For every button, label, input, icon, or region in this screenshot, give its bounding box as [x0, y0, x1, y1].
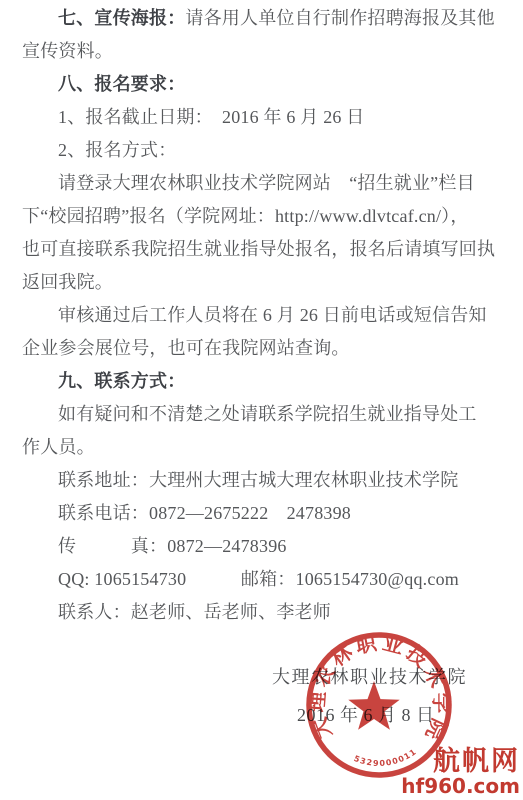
body-text: 如有疑问和不清楚之处请联系学院招生就业指导处工 — [58, 404, 477, 424]
document-line: 八、报名要求： — [22, 68, 523, 101]
document-line: 宣传资料。 — [22, 35, 523, 68]
document-line: 七、宣传海报：请各用人单位自行制作招聘海报及其他 — [22, 2, 523, 35]
body-text: 请各用人单位自行制作招聘海报及其他 — [185, 8, 494, 28]
document-line: 也可直接联系我院招生就业指导处报名，报名后请填写回执 — [22, 233, 523, 266]
body-text: 联系电话：0872—2675222 2478398 — [58, 503, 351, 523]
document-line: 返回我院。 — [22, 266, 523, 299]
body-text: 请登录大理农林职业技术学院网站 “招生就业”栏目 — [58, 173, 475, 193]
watermark-site-name: 航帆网 — [401, 747, 520, 776]
document-line: 如有疑问和不清楚之处请联系学院招生就业指导处工 — [22, 398, 523, 431]
document-body: 七、宣传海报：请各用人单位自行制作招聘海报及其他 宣传资料。 八、报名要求： 1… — [22, 2, 523, 629]
document-line: 作人员。 — [22, 431, 523, 464]
section-heading: 七、宣传海报： — [58, 8, 185, 29]
body-text: 联系地址：大理州大理古城大理农林职业技术学院 — [58, 470, 458, 490]
document-line: 联系地址：大理州大理古城大理农林职业技术学院 — [22, 464, 523, 497]
body-text: 联系人：赵老师、岳老师、李老师 — [58, 602, 331, 622]
body-text: 审核通过后工作人员将在 6 月 26 日前电话或短信告知 — [58, 305, 487, 325]
document-line: 企业参会展位号，也可在我院网站查询。 — [22, 332, 523, 365]
document-page: 七、宣传海报：请各用人单位自行制作招聘海报及其他 宣传资料。 八、报名要求： 1… — [0, 0, 523, 800]
section-heading: 九、联系方式： — [58, 371, 185, 392]
body-text: 企业参会展位号，也可在我院网站查询。 — [22, 338, 350, 358]
document-line: 1、报名截止日期： 2016 年 6 月 26 日 — [22, 101, 523, 134]
body-text: 返回我院。 — [22, 272, 113, 292]
document-line: 九、联系方式： — [22, 365, 523, 398]
document-line: 联系人：赵老师、岳老师、李老师 — [22, 596, 523, 629]
seal-ring-text: 大理农林职业技术学院 — [304, 630, 453, 747]
document-line: 联系电话：0872—2675222 2478398 — [22, 497, 523, 530]
body-text: 作人员。 — [22, 437, 95, 457]
body-text: 下“校园招聘”报名（学院网址：http://www.dlvtcaf.cn/）， — [22, 206, 469, 226]
document-line: QQ: 1065154730 邮箱：1065154730@qq.com — [22, 563, 523, 596]
document-line: 2、报名方式： — [22, 134, 523, 167]
section-heading: 八、报名要求： — [58, 74, 185, 95]
document-line: 下“校园招聘”报名（学院网址：http://www.dlvtcaf.cn/）， — [22, 200, 523, 233]
document-line: 请登录大理农林职业技术学院网站 “招生就业”栏目 — [22, 167, 523, 200]
body-text: QQ: 1065154730 邮箱：1065154730@qq.com — [58, 569, 459, 589]
body-text: 宣传资料。 — [22, 41, 113, 61]
svg-text:大理农林职业技术学院: 大理农林职业技术学院 — [304, 630, 453, 747]
body-text: 2、报名方式： — [58, 140, 176, 160]
document-line: 传 真：0872—2478396 — [22, 530, 523, 563]
body-text: 传 真：0872—2478396 — [58, 536, 287, 556]
body-text: 也可直接联系我院招生就业指导处报名，报名后请填写回执 — [22, 239, 495, 259]
watermark: 航帆网 hf960.com — [401, 747, 520, 798]
watermark-site-url: hf960.com — [401, 776, 520, 798]
body-text: 1、报名截止日期： 2016 年 6 月 26 日 — [58, 107, 365, 127]
document-line: 审核通过后工作人员将在 6 月 26 日前电话或短信告知 — [22, 299, 523, 332]
seal-star-icon — [348, 681, 399, 730]
